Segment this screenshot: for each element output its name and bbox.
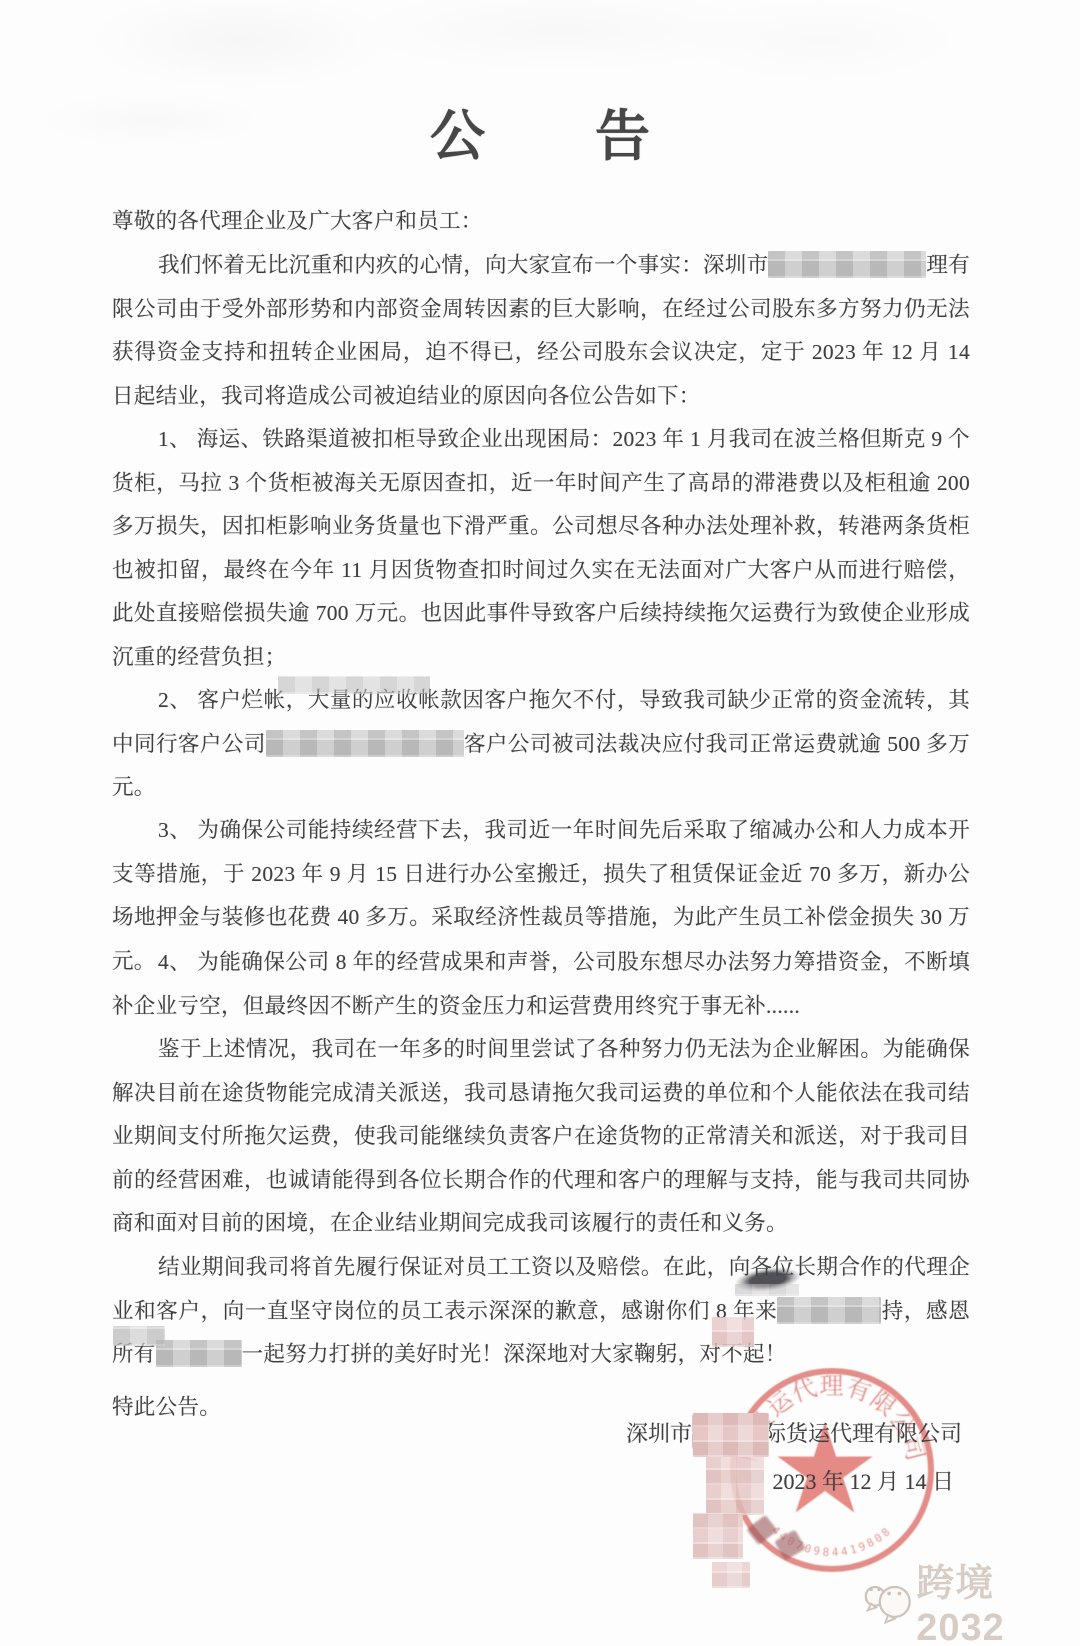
redaction-blur xyxy=(768,251,926,278)
paragraph: 鉴于上述情况，我司在一年多的时间里尝试了各种努力仍无法为企业解困。为能确保解决目… xyxy=(112,1028,970,1246)
announcement-document: 公 告 尊敬的各代理企业及广大客户和员工：我们怀着无比沉重和内疚的心情，向大家宣… xyxy=(0,0,1080,1646)
signature-company: 深圳市际货运代理有限公司 xyxy=(112,1414,970,1454)
redaction-patch xyxy=(706,1457,764,1515)
redaction-patch xyxy=(693,1513,743,1559)
watermark-text: 跨境2032 xyxy=(916,1552,1072,1646)
redaction-patch xyxy=(693,1413,769,1457)
signature-company-prefix: 深圳市 xyxy=(626,1421,692,1446)
paragraph-text: 1、 海运、铁路渠道被扣柜导致企业出现困局：2023 年 1 月我司在波兰格但斯… xyxy=(112,427,970,669)
signature-date: 2023 年 12 月 14 日 xyxy=(112,1462,970,1502)
paragraph-text: 4、 为能确保公司 8 年的经营成果和声誉，公司股东想尽办法努力筹措资金，不断填… xyxy=(112,950,970,1018)
redaction-blur xyxy=(777,1297,881,1324)
paragraph-text: 尊敬的各代理企业及广大客户和员工： xyxy=(112,209,483,233)
paragraph: 2、 客户烂帐，大量的应收帐款因客户拖欠不付，导致我司缺少正常的资金流转，其中同… xyxy=(112,679,970,810)
paragraph: 我们怀着无比沉重和内疚的心情，向大家宣布一个事实：深圳市理有限公司由于受外部形势… xyxy=(112,244,970,418)
paragraph: 尊敬的各代理企业及广大客户和员工： xyxy=(112,200,970,244)
signature-block: 深圳市际货运代理有限公司 2023 年 12 月 14 日 xyxy=(112,1414,970,1502)
watermark: 跨境2032 xyxy=(862,1565,1072,1637)
redaction-patch xyxy=(113,1326,165,1346)
redaction-patch xyxy=(278,676,430,694)
paragraph-text: 我们怀着无比沉重和内疚的心情，向大家宣布一个事实：深圳市 xyxy=(158,253,768,277)
paragraph-text: 鉴于上述情况，我司在一年多的时间里尝试了各种努力仍无法为企业解困。为能确保解决目… xyxy=(112,1037,970,1235)
page-title: 公 告 xyxy=(0,92,1080,171)
redaction-patch xyxy=(712,1317,754,1347)
signature-company-suffix: 际货运代理有限公司 xyxy=(764,1421,962,1446)
redaction-blur xyxy=(156,1340,242,1367)
redaction-patch xyxy=(712,1562,750,1588)
paragraph-text: 一起努力打拼的美好时光！深深地对大家鞠躬，对不起！ xyxy=(242,1342,787,1366)
paragraph: 1、 海运、铁路渠道被扣柜导致企业出现困局：2023 年 1 月我司在波兰格但斯… xyxy=(112,418,970,679)
redaction-blur xyxy=(266,730,464,757)
paragraph: 结业期间我司将首先履行保证对员工工资以及赔偿。在此，向各位长期合作的代理企业和客… xyxy=(112,1246,970,1377)
wechat-mascot-icon xyxy=(862,1574,916,1628)
paragraph: 4、 为能确保公司 8 年的经营成果和声誉，公司股东想尽办法努力筹措资金，不断填… xyxy=(112,941,970,1028)
redaction-patch xyxy=(735,1284,799,1296)
